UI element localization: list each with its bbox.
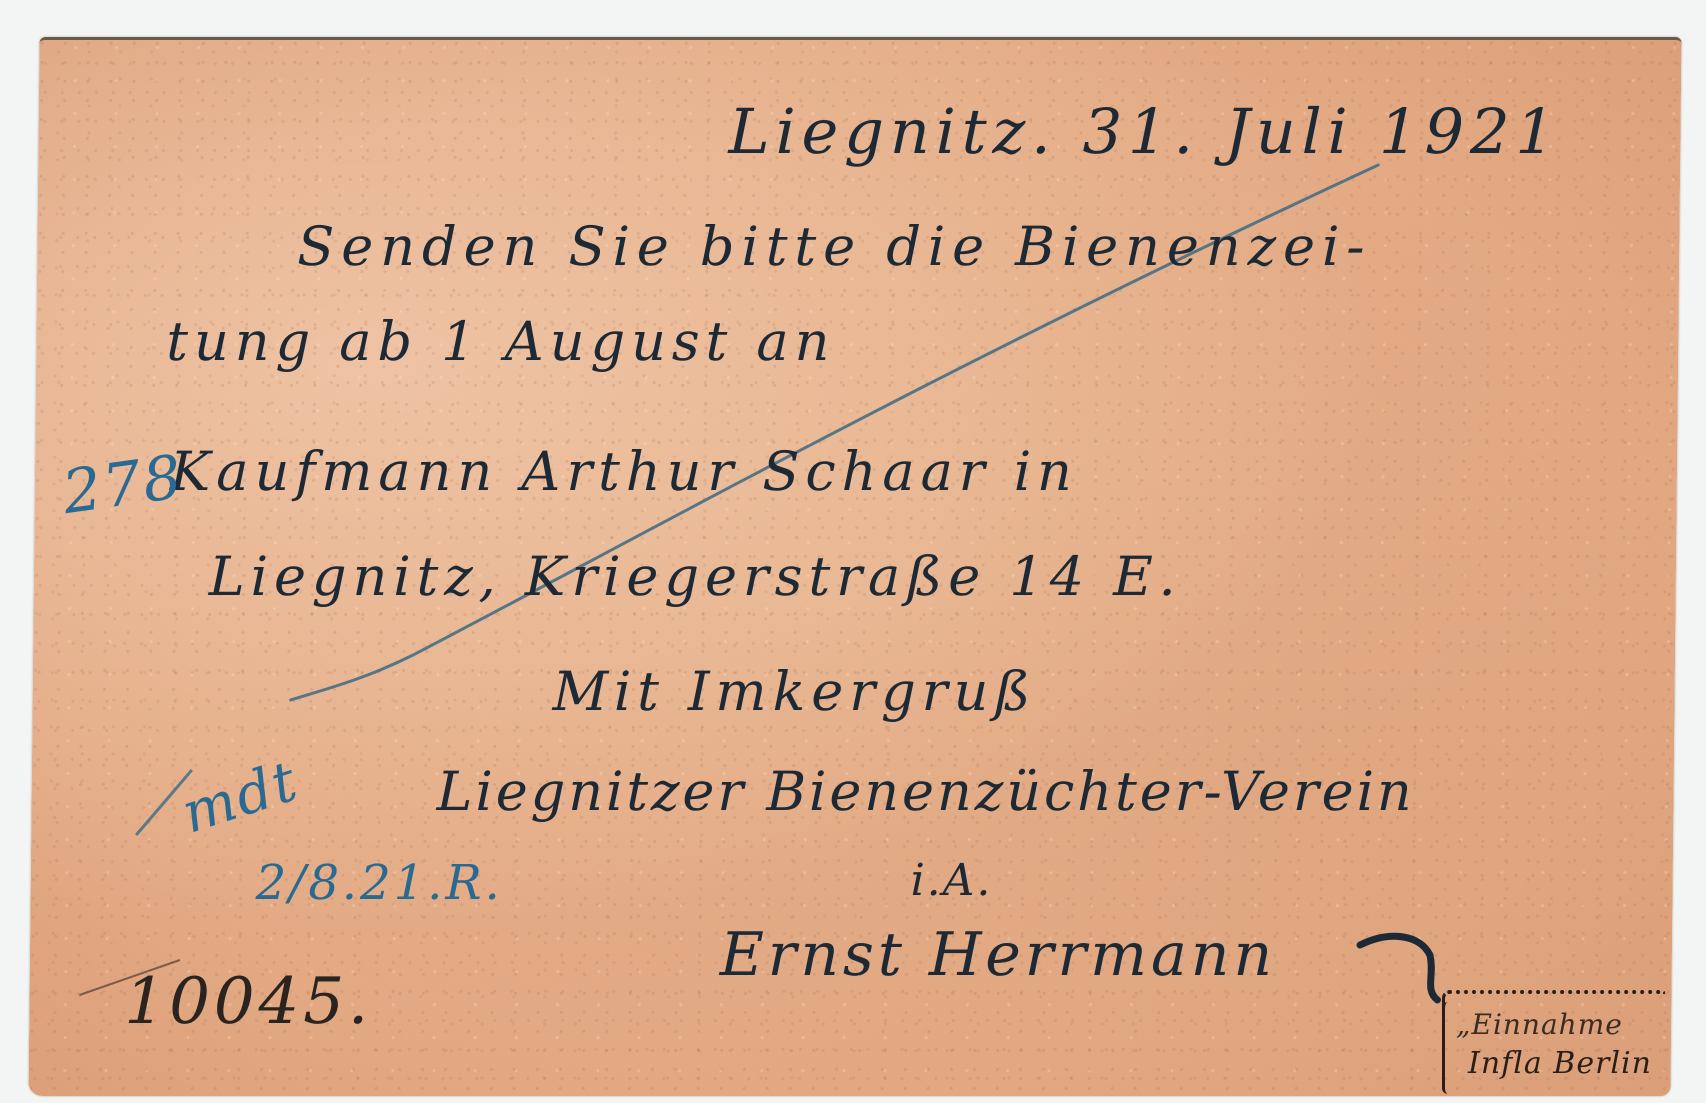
rubber-stamp: „Einnahme Infla Berlin	[1438, 990, 1676, 1100]
body-line-1: Senden Sie bitte die Bienenzei-	[297, 215, 1372, 278]
date-annotation: 2/8.21.R.	[255, 855, 503, 911]
place-date: Liegnitz. 31. Juli 1921	[728, 95, 1561, 168]
closing-organization: Liegnitzer Bienenzüchter-Verein	[436, 760, 1415, 823]
closing-greeting: Mit Imkergruß	[552, 660, 1036, 723]
closing-abbreviation: i.A.	[910, 855, 992, 906]
scan-background: Liegnitz. 31. Juli 1921 Senden Sie bitte…	[0, 0, 1706, 1103]
stamp-border-left	[1442, 1002, 1455, 1094]
margin-number: 278	[59, 442, 188, 528]
postcard: Liegnitz. 31. Juli 1921 Senden Sie bitte…	[28, 37, 1681, 1096]
stamp-line-2: Infla Berlin	[1468, 1046, 1652, 1081]
signature: Ernst Herrmann	[720, 920, 1277, 990]
initials-annotation: mdt	[175, 748, 307, 846]
body-line-3: Kaufmann Arthur Schaar in	[170, 440, 1079, 503]
stamp-border-top	[1442, 990, 1665, 1008]
reference-number: 10045.	[124, 965, 373, 1039]
body-line-2: tung ab 1 August an	[166, 310, 836, 373]
body-line-4: Liegnitz, Kriegerstraße 14 E.	[209, 545, 1183, 608]
stamp-line-1: „Einnahme	[1456, 1008, 1623, 1041]
